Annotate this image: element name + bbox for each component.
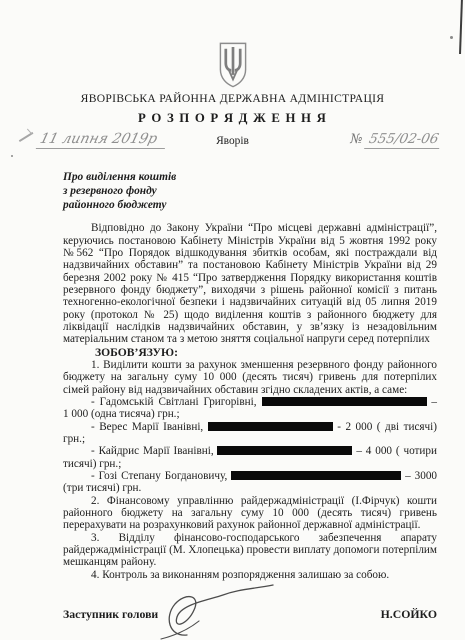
subject-line: районного бюджету [63,199,437,213]
signer-title: Заступник голови [63,607,158,622]
handwritten-document-number: 555/02-06 [364,131,443,149]
beneficiary-name: - Кайдрис Марії Іванівні, [91,445,214,457]
beneficiary-name: - Гадомській Світлані Григорівні, [91,396,257,408]
number-sign-label: № [350,132,362,147]
order-item-3: 3. Відділу фінансово-господарського забе… [63,532,437,569]
beneficiary-line: - Кайдрис Марії Іванівні, – 4 000 ( чоти… [63,445,437,470]
subject-block: Про виділення коштів з резервного фонду … [63,171,437,212]
signer-name: Н.СОЙКО [381,607,437,622]
document-type-title: Р О З П О Р Я Д Ж Е Н Н Я [0,111,465,126]
beneficiary-line: - Гозі Степану Богдановичу, – 3000 (три … [63,470,437,495]
subject-line: з резервного фонду [63,185,437,199]
intro-paragraph: Відповідно до Закону України “Про місцев… [63,222,437,345]
document-number-block: № 555/02-06 [350,131,441,149]
beneficiary-line: - Гадомській Світлані Григорівні, – 1 00… [63,396,437,421]
order-item-2: 2. Фінансовому управлінню райдержадмініс… [63,495,437,532]
document-body: Про виділення коштів з резервного фонду … [63,171,437,622]
document-page: ЯВОРІВСЬКА РАЙОННА ДЕРЖАВНА АДМІНІСТРАЦІ… [0,0,465,640]
signature-row: Заступник голови Н.СОЙКО [63,607,437,622]
subject-line: Про виділення коштів [63,171,437,185]
handwritten-signature-icon [155,583,285,640]
beneficiary-line: - Верес Марії Іванівні, - 2 000 ( дві ти… [63,421,437,446]
redaction-bar [262,397,427,406]
beneficiary-name: - Верес Марії Іванівні, [91,421,203,433]
date-place-number-row: 11 липня 2019р Яворів № 555/02-06 [0,130,465,156]
ukraine-trident-emblem-icon [215,42,251,88]
redaction-bar [208,422,333,431]
scan-edge-artifact [459,0,463,54]
redaction-bar [217,446,352,455]
order-item-4: 4. Контроль за виконанням розпорядження … [63,569,437,581]
order-item-1: 1. Виділити кошти за рахунок зменшення р… [63,359,437,396]
organization-name: ЯВОРІВСЬКА РАЙОННА ДЕРЖАВНА АДМІНІСТРАЦІ… [0,92,465,105]
beneficiary-name: - Гозі Степану Богдановичу, [91,470,227,482]
scan-speck [450,36,453,39]
oblige-heading: ЗОБОВ’ЯЗУЮ: [63,346,437,359]
redaction-bar [231,471,401,480]
